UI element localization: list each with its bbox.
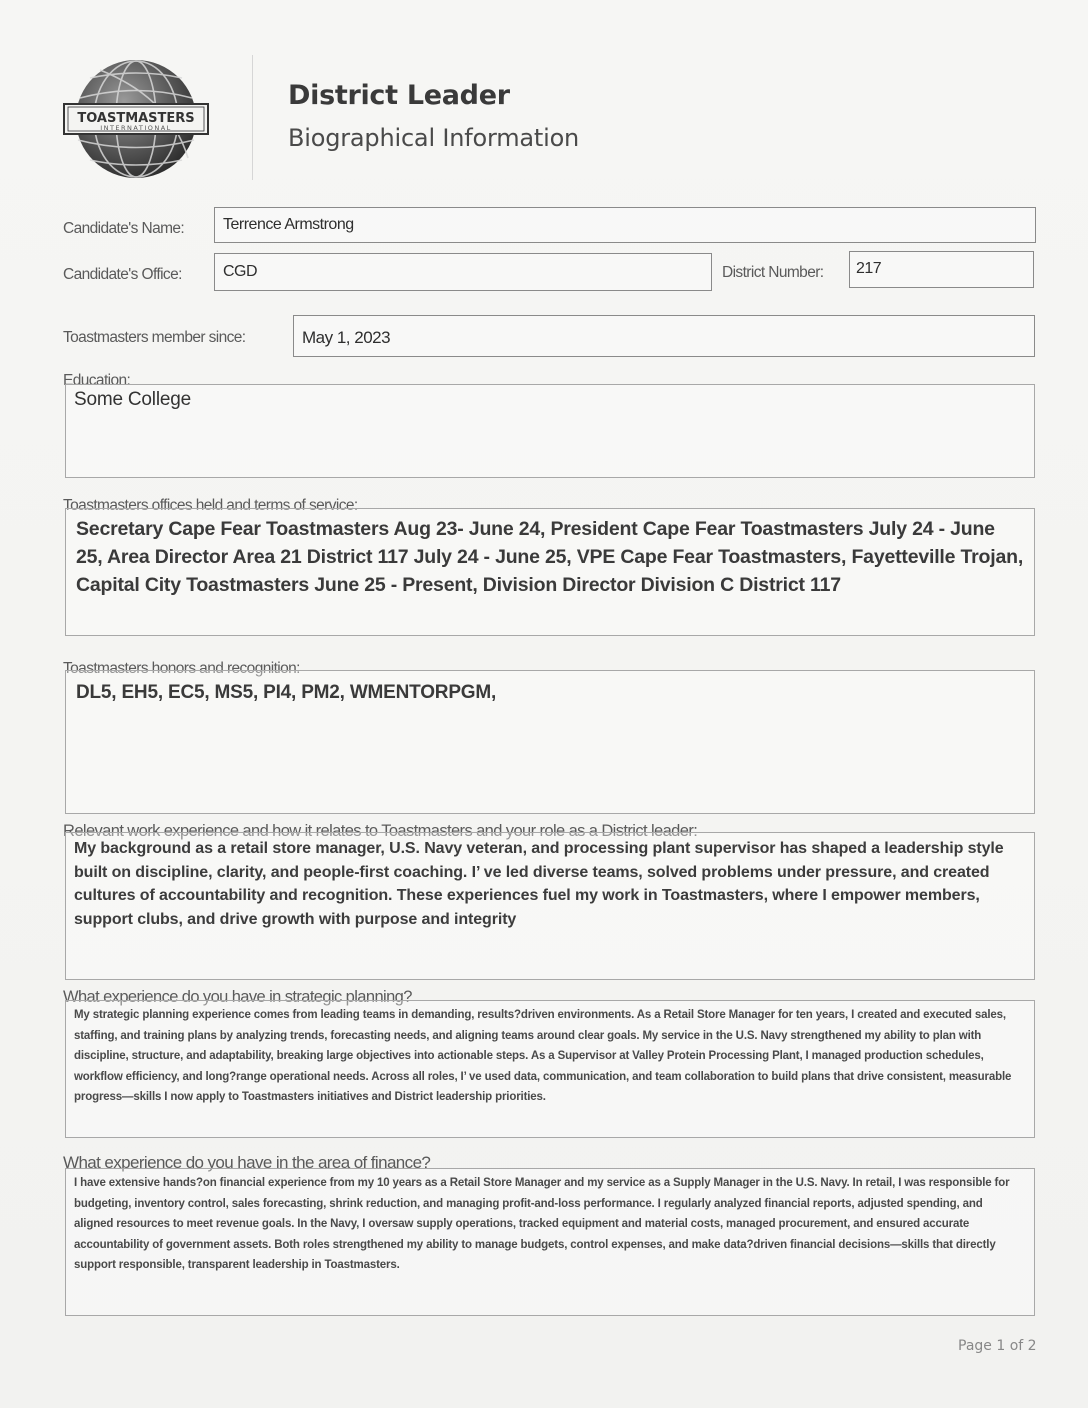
svg-text:INTERNATIONAL: INTERNATIONAL bbox=[100, 124, 172, 132]
header-divider bbox=[252, 55, 253, 180]
finance-value: I have extensive hands?on financial expe… bbox=[66, 1169, 1034, 1276]
globe-icon: TOASTMASTERS INTERNATIONAL bbox=[60, 58, 212, 180]
candidate-office-value: CGD bbox=[215, 254, 711, 289]
candidate-name-value: Terrence Armstrong bbox=[215, 208, 1035, 241]
member-since-label: Toastmasters member since: bbox=[63, 329, 246, 347]
district-number-value: 217 bbox=[850, 252, 1033, 286]
offices-held-value: Secretary Cape Fear Toastmasters Aug 23-… bbox=[66, 509, 1034, 599]
member-since-field[interactable]: May 1, 2023 bbox=[293, 315, 1035, 357]
candidate-name-field[interactable]: Terrence Armstrong bbox=[214, 207, 1036, 243]
district-number-label: District Number: bbox=[722, 264, 824, 282]
page-subtitle: Biographical Information bbox=[288, 124, 579, 152]
strategic-planning-value: My strategic planning experience comes f… bbox=[66, 1001, 1034, 1108]
honors-value: DL5, EH5, EC5, MS5, PI4, PM2, WMENTORPGM… bbox=[66, 671, 1034, 707]
page-title: District Leader bbox=[288, 80, 510, 111]
work-experience-value: My background as a retail store manager,… bbox=[66, 833, 1034, 931]
district-number-field[interactable]: 217 bbox=[849, 251, 1034, 288]
member-since-value: May 1, 2023 bbox=[294, 316, 1034, 357]
finance-field[interactable]: I have extensive hands?on financial expe… bbox=[65, 1168, 1035, 1316]
candidate-office-field[interactable]: CGD bbox=[214, 253, 712, 291]
page-indicator: Page 1 of 2 bbox=[958, 1338, 1037, 1354]
document-page: TOASTMASTERS INTERNATIONAL District Lead… bbox=[0, 0, 1088, 1408]
offices-held-field[interactable]: Secretary Cape Fear Toastmasters Aug 23-… bbox=[65, 508, 1035, 636]
candidate-name-label: Candidate's Name: bbox=[63, 220, 184, 238]
honors-field[interactable]: DL5, EH5, EC5, MS5, PI4, PM2, WMENTORPGM… bbox=[65, 670, 1035, 814]
education-value: Some College bbox=[66, 385, 1034, 411]
strategic-planning-field[interactable]: My strategic planning experience comes f… bbox=[65, 1000, 1035, 1138]
toastmasters-logo: TOASTMASTERS INTERNATIONAL bbox=[60, 58, 212, 180]
education-field[interactable]: Some College bbox=[65, 384, 1035, 478]
candidate-office-label: Candidate's Office: bbox=[63, 266, 182, 284]
work-experience-field[interactable]: My background as a retail store manager,… bbox=[65, 832, 1035, 980]
